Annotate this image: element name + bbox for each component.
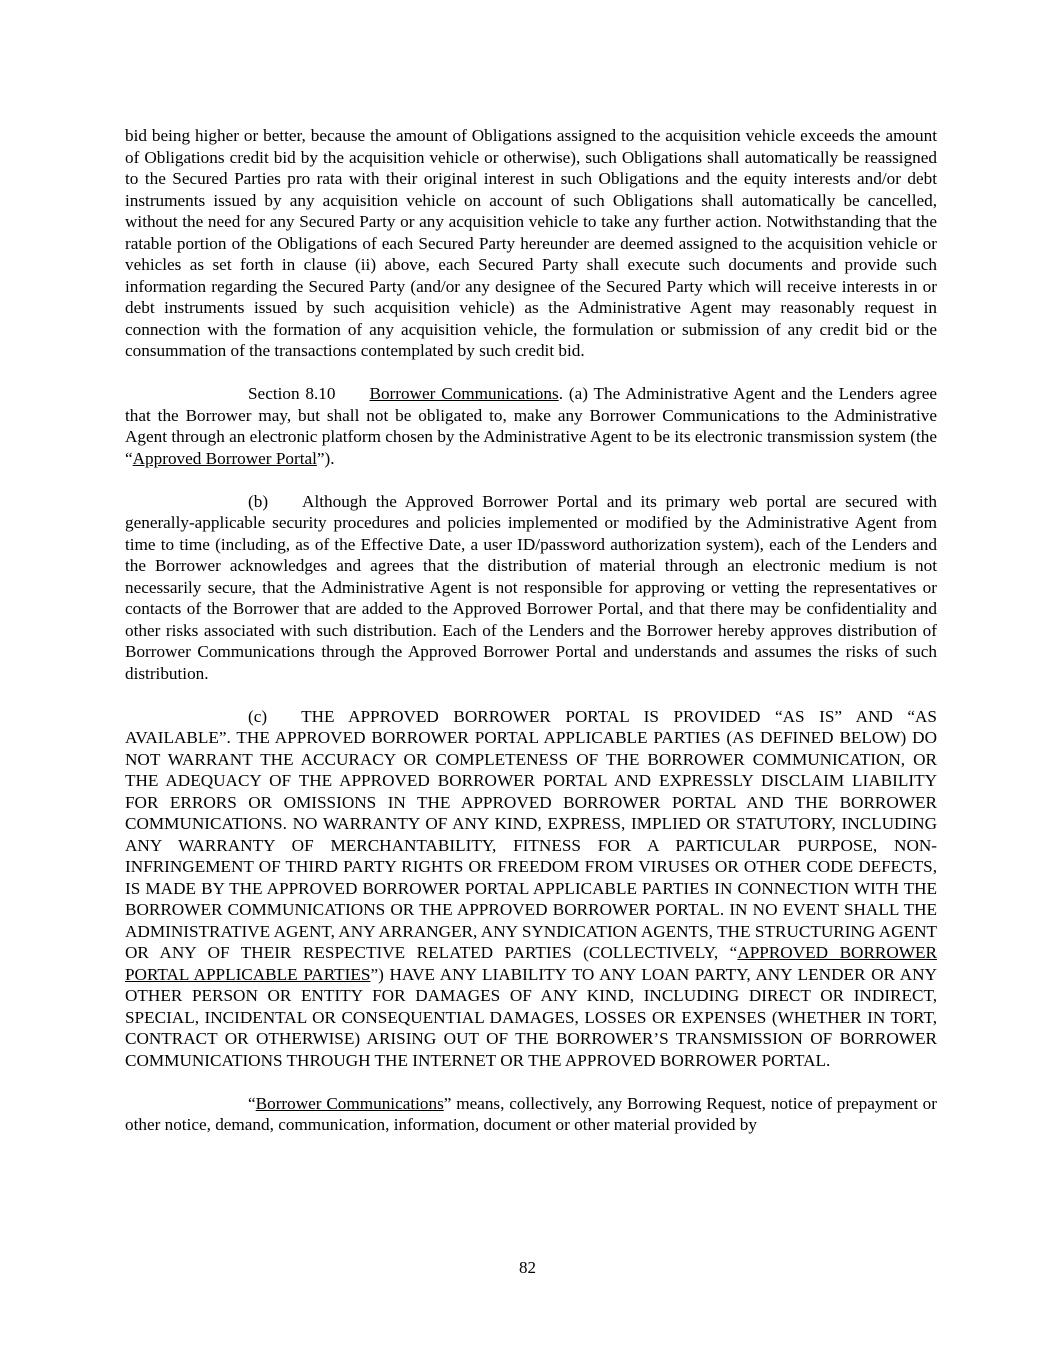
paragraph-section-8-10-b: (b)Although the Approved Borrower Portal… <box>125 491 937 685</box>
text-run: bid being higher or better, because the … <box>125 126 937 360</box>
text-run: “ <box>248 1094 256 1113</box>
paragraph-section-8-10-a: Section 8.10Borrower Communications. (a)… <box>125 383 937 469</box>
paragraph-borrower-communications-definition: “Borrower Communications” means, collect… <box>125 1093 937 1136</box>
text-run: ” means, collectively, any Borrowing Req… <box>125 1094 937 1135</box>
document-page: bid being higher or better, because the … <box>0 0 1055 1365</box>
page-number: 82 <box>0 1258 1055 1278</box>
defined-term: Borrower Communications <box>256 1094 444 1113</box>
paragraph-credit-bid-continuation: bid being higher or better, because the … <box>125 125 937 362</box>
document-body: bid being higher or better, because the … <box>125 125 937 1136</box>
defined-term: Borrower Communications <box>370 384 559 403</box>
text-run: Although the Approved Borrower Portal an… <box>125 492 937 683</box>
text-run: Section 8.10 <box>248 384 336 403</box>
text-run: (c) <box>248 707 267 726</box>
text-run: ”). <box>317 449 335 468</box>
text-run: THE APPROVED BORROWER PORTAL IS PROVIDED… <box>125 707 937 963</box>
text-run: (b) <box>248 492 268 511</box>
paragraph-section-8-10-c: (c)THE APPROVED BORROWER PORTAL IS PROVI… <box>125 706 937 1072</box>
defined-term: Approved Borrower Portal <box>133 449 317 468</box>
